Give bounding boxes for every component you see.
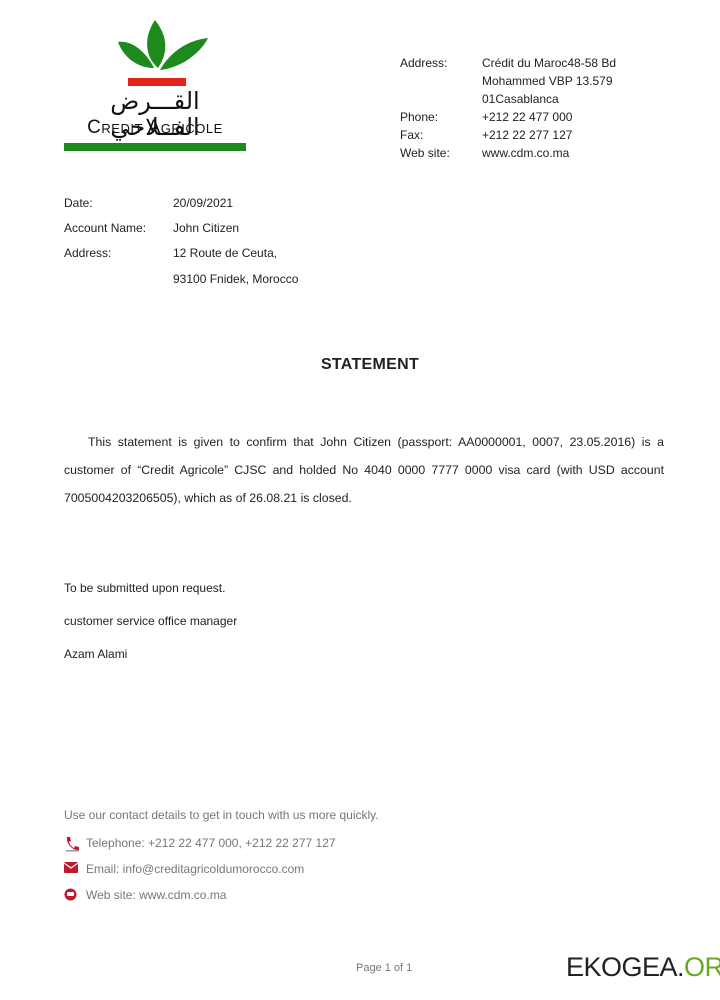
signer-title: customer service office manager <box>64 611 237 644</box>
logo-green-bar <box>64 143 246 151</box>
signer-name: Azam Alami <box>64 644 237 677</box>
logo-red-bar <box>128 78 186 86</box>
contact-intro: Use our contact details to get in touch … <box>64 808 379 830</box>
contact-phone: Telephone: +212 22 477 000, +212 22 277 … <box>64 830 379 856</box>
contact-website: Web site: www.cdm.co.ma <box>64 882 379 908</box>
bank-info-row: Web site:www.cdm.co.ma <box>400 144 652 162</box>
page-number: Page 1 of 1 <box>356 962 412 974</box>
statement-body: This statement is given to confirm that … <box>64 428 664 512</box>
address-row: Address:12 Route de Ceuta, <box>64 240 298 265</box>
ekogea-brand: EKOGEA.ORG <box>566 952 720 983</box>
bank-contact-info: Address:Crédit du Maroc48-58 Bd Mohammed… <box>400 54 652 162</box>
bank-info-row: Address:Crédit du Maroc48-58 Bd <box>400 54 652 72</box>
bank-info-row: Mohammed VBP 13.579 <box>400 72 652 90</box>
globe-icon <box>64 888 80 902</box>
account-name-row: Account Name:John Citizen <box>64 215 298 240</box>
phone-icon <box>64 836 80 850</box>
contact-footer: Use our contact details to get in touch … <box>64 808 379 908</box>
leaves-icon <box>62 16 248 78</box>
closing-block: To be submitted upon request. customer s… <box>64 578 237 677</box>
bank-info-row: Fax:+212 22 277 127 <box>400 126 652 144</box>
bank-info-row: 01Casablanca <box>400 90 652 108</box>
contact-email: Email: info@creditagricoldumorocco.com <box>64 856 379 882</box>
closing-line: To be submitted upon request. <box>64 578 237 611</box>
address-row-2: 93100 Fnidek, Morocco <box>64 265 298 293</box>
credit-agricole-logo: القـــرض الفــلاحي Credit Agricole <box>62 16 248 156</box>
statement-paragraph: This statement is given to confirm that … <box>64 428 664 512</box>
document-title: STATEMENT <box>0 356 720 374</box>
bank-info-row: Phone:+212 22 477 000 <box>400 108 652 126</box>
account-details: Date:20/09/2021 Account Name:John Citize… <box>64 190 298 293</box>
date-row: Date:20/09/2021 <box>64 190 298 215</box>
envelope-icon <box>64 862 80 876</box>
logo-english-text: Credit Agricole <box>62 117 248 139</box>
